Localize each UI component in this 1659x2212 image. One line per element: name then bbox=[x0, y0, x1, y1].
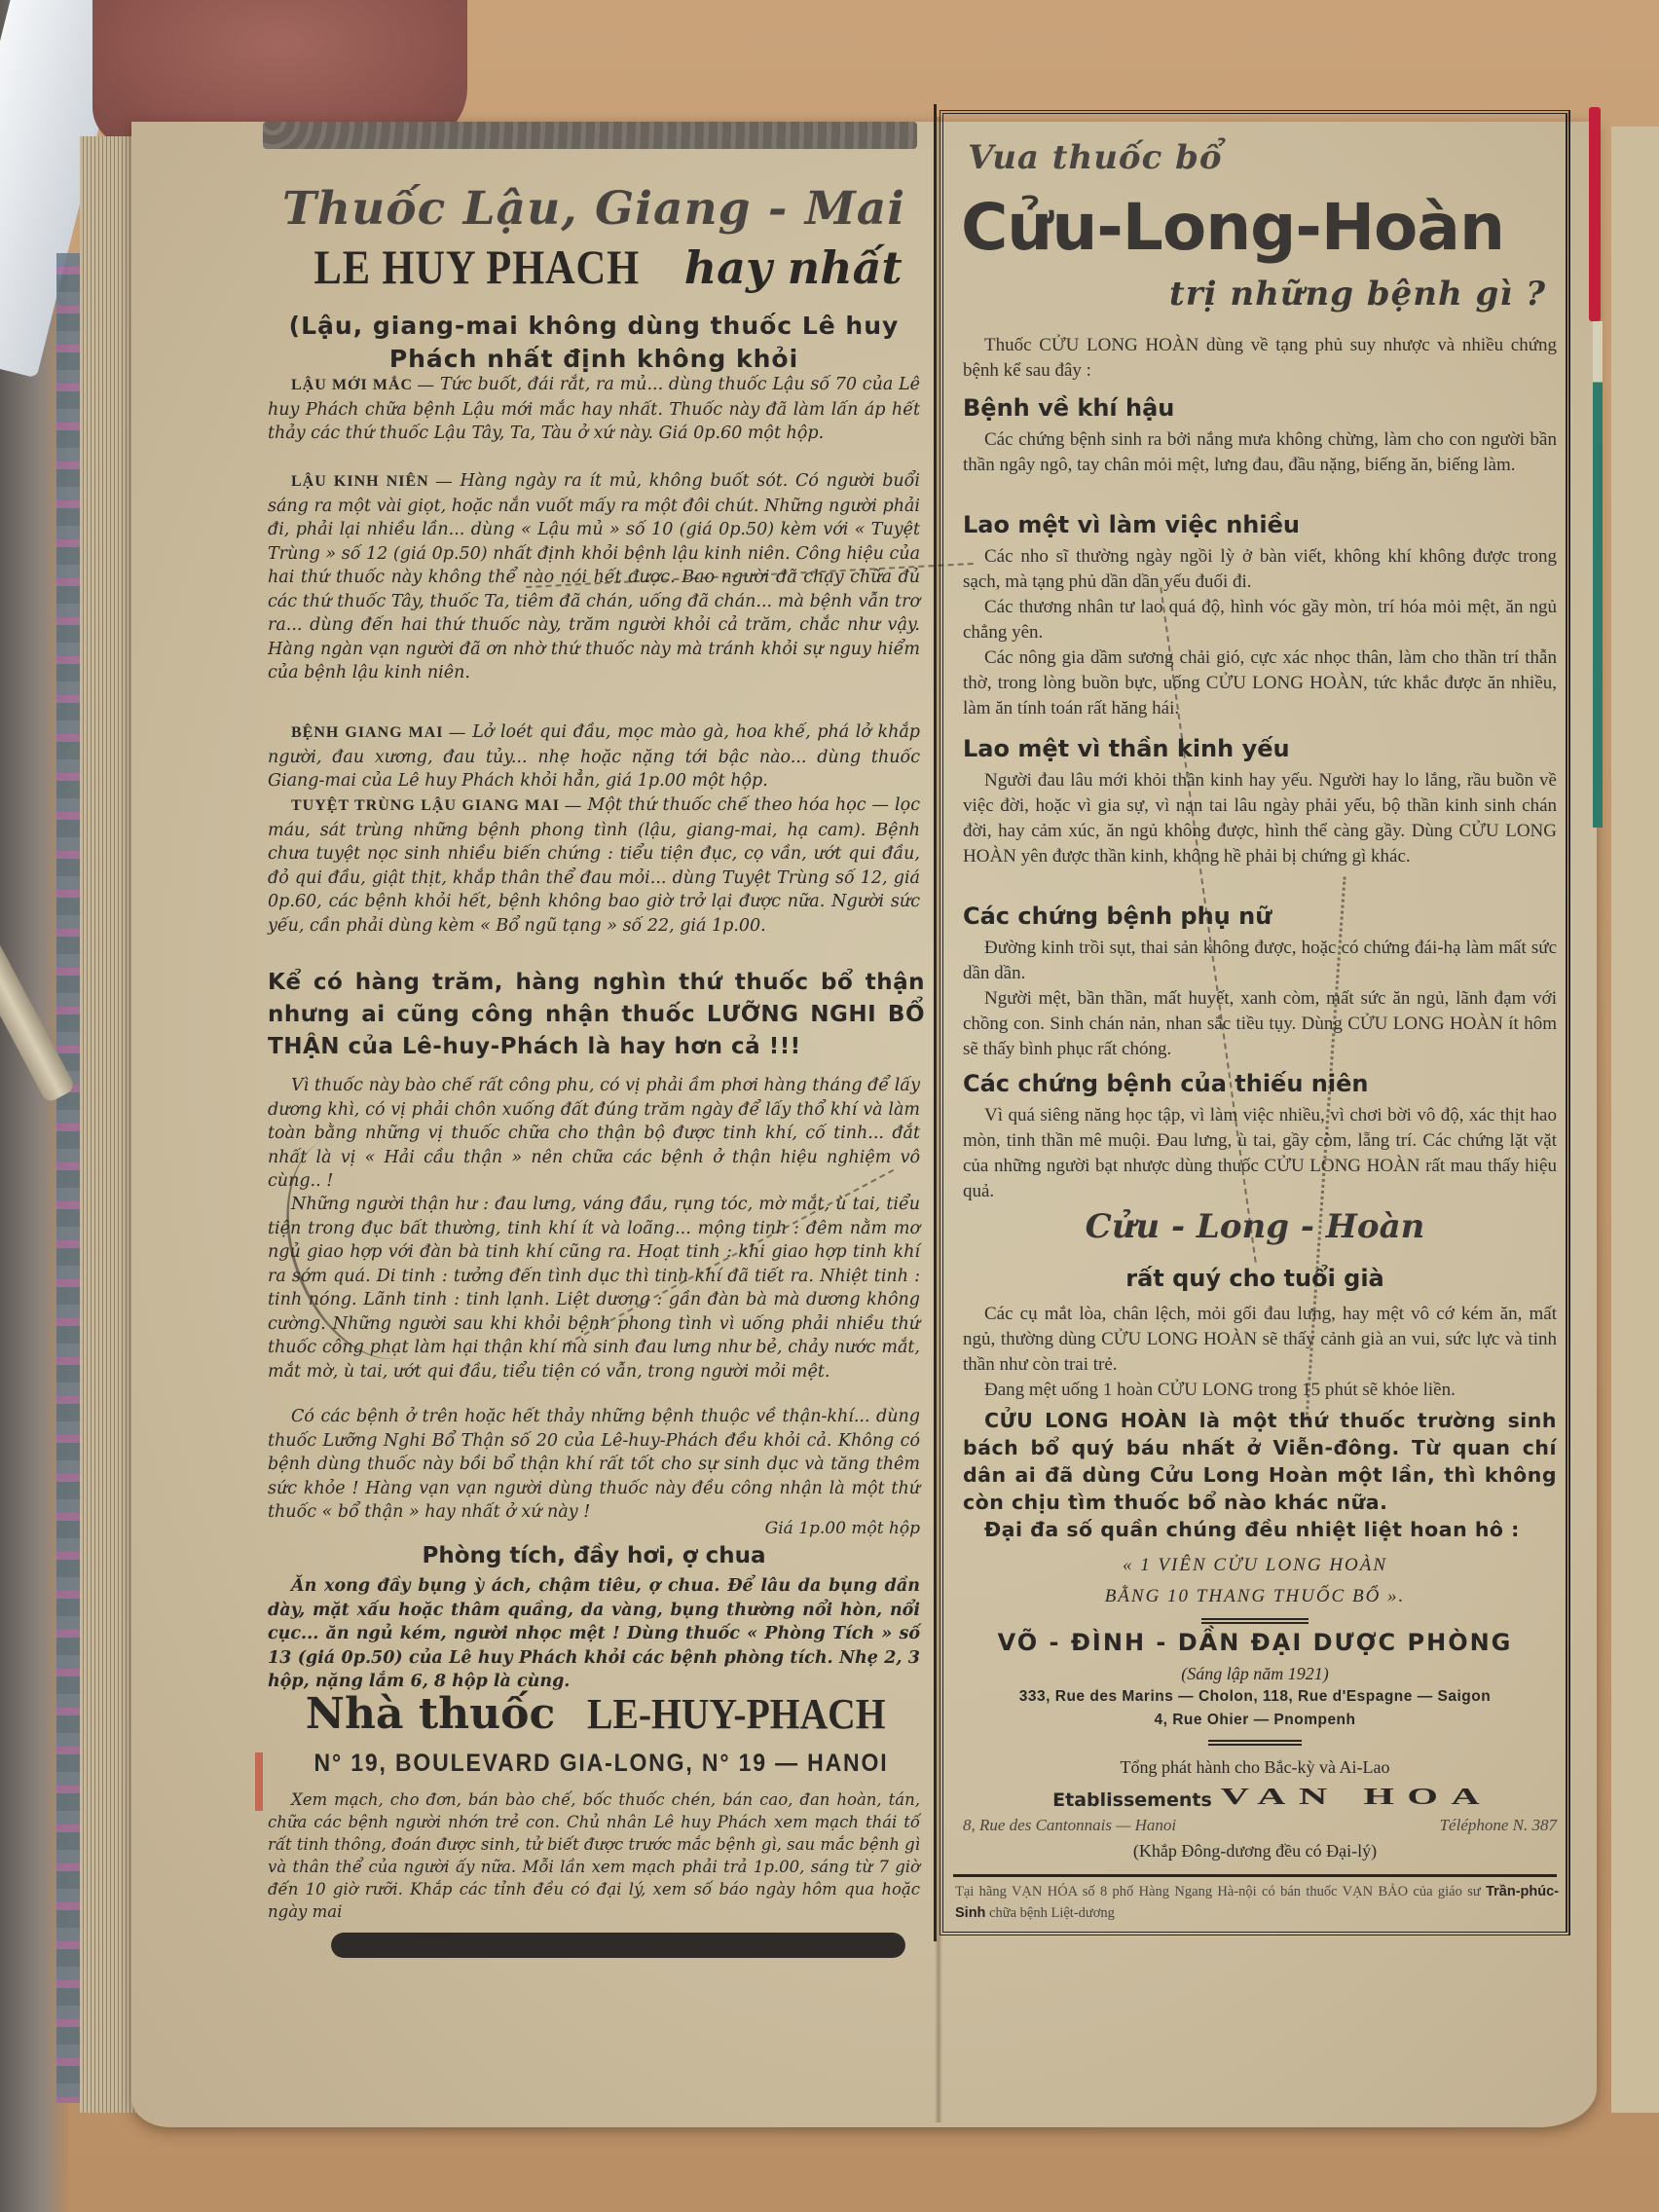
bookmark-ribbon-red bbox=[1589, 107, 1601, 321]
establishment-prefix: Etablissements bbox=[1052, 1789, 1212, 1811]
paragraph-usage: Có các bệnh ở trên hoặc hết thảy những b… bbox=[268, 1405, 920, 1525]
telephone: Téléphone N. 387 bbox=[1440, 1816, 1557, 1835]
section2-text: Ăn xong đầy bụng ỳ ách, chậm tiêu, ợ chu… bbox=[268, 1574, 920, 1694]
shop-address: N° 19, BOULEVARD GIA-LONG, N° 19 — HANOI bbox=[304, 1750, 900, 1778]
le-huy-phach-advertisement: Thuốc Lậu, Giang - Mai LE HUY PHACH hay … bbox=[263, 122, 935, 1957]
ad-headline: Cửu-Long-Hoàn bbox=[961, 190, 1555, 265]
brand-tagline: hay nhất bbox=[684, 241, 903, 294]
agents-line: (Khắp Đông-dương đều có Đại-lý) bbox=[943, 1841, 1567, 1862]
shop-description: Xem mạch, cho đơn, bán bào chế, bốc thuố… bbox=[268, 1788, 920, 1923]
page-stack bbox=[80, 136, 138, 2113]
section-text: Các chứng bệnh sinh ra bởi nắng mưa khôn… bbox=[963, 427, 1557, 478]
ad-kicker: Vua thuốc bổ bbox=[968, 138, 1223, 177]
section-benh-giang-mai: BỆNH GIANG MAI — Lở loét qui đầu, mọc mà… bbox=[268, 720, 920, 793]
footer-text: Tại hãng VẠN HÓA số 8 phố Hàng Ngang Hà-… bbox=[955, 1884, 1481, 1899]
establishment-contact: 8, Rue des Cantonnais — Hanoi Téléphone … bbox=[963, 1816, 1557, 1835]
mid-headline: Cửu - Long - Hoàn bbox=[943, 1207, 1567, 1246]
section-lau-kinh-nien: LẬU KINH NIÊN — Hàng ngày ra ít mủ, khôn… bbox=[268, 469, 920, 685]
section-text: Một thứ thuốc chế theo hóa học — lọc máu… bbox=[268, 795, 920, 936]
ad-subtitle: (Lậu, giang-mai không dùng thuốc Lê huy … bbox=[268, 310, 920, 376]
elder-text: Các cụ mắt lòa, chân lệch, mỏi gối đau l… bbox=[963, 1302, 1557, 1378]
intro-text: Thuốc CỬU LONG HOÀN dùng về tạng phủ suy… bbox=[963, 333, 1557, 384]
shop-name: Nhà thuốc LE-HUY-PHACH bbox=[282, 1689, 925, 1739]
establishment: Etablissements VAN HOA bbox=[943, 1781, 1567, 1814]
address-line-1: 333, Rue des Marins — Cholon, 118, Rue d… bbox=[943, 1688, 1567, 1706]
section-heading-khi-hau: Bệnh về khí hậu bbox=[963, 394, 1557, 422]
page-gutter bbox=[935, 117, 942, 2122]
acclaim-line: Đại đa số quần chúng đều nhiệt liệt hoan… bbox=[963, 1516, 1557, 1543]
establishment-address: 8, Rue des Cantonnais — Hanoi bbox=[963, 1816, 1176, 1835]
section2-heading: Phòng tích, đầy hơi, ợ chua bbox=[268, 1543, 920, 1568]
slogan-line-2: BẰNG 10 THANG THUỐC BỔ ». bbox=[943, 1581, 1567, 1612]
section-heading: BỆNH GIANG MAI — bbox=[291, 724, 466, 741]
section-lau-moi-mac: LẬU MỚI MẮC — Tức buốt, đái rắt, ra mủ..… bbox=[268, 373, 920, 446]
pharmacy-name: VÕ - ĐÌNH - DẦN ĐẠI DƯỢC PHÒNG bbox=[943, 1629, 1567, 1656]
section-text: Đường kinh trồi sụt, thai sản không được… bbox=[963, 936, 1557, 986]
ad-subtitle: trị những bệnh gì ? bbox=[1169, 275, 1546, 313]
section-tuyet-trung: TUYỆT TRÙNG LẬU GIANG MAI — Một thứ thuố… bbox=[268, 793, 920, 938]
section-heading-phu-nu: Các chứng bệnh phụ nữ bbox=[963, 903, 1557, 930]
address-line-2: 4, Rue Ohier — Pnompenh bbox=[943, 1712, 1567, 1729]
founded-year: (Sáng lập năm 1921) bbox=[943, 1664, 1567, 1684]
section-heading-than-kinh: Lao mệt vì thần kinh yếu bbox=[963, 735, 1557, 762]
slogan-line-1: « 1 VIÊN CỬU LONG HOÀN bbox=[943, 1550, 1567, 1581]
section-heading: TUYỆT TRÙNG LẬU GIANG MAI — bbox=[291, 797, 581, 814]
shop-prefix: Nhà thuốc bbox=[306, 1689, 555, 1739]
section-text: Các thương nhân tư lao quá độ, hình vóc … bbox=[963, 595, 1557, 645]
elder-text: Đang mệt uống 1 hoàn CỬU LONG trong 15 p… bbox=[963, 1378, 1557, 1403]
footer-notice: Tại hãng VẠN HÓA số 8 phố Hàng Ngang Hà-… bbox=[955, 1881, 1559, 1924]
section-heading: LẬU MỚI MẮC — bbox=[291, 377, 434, 393]
section-heading-thieu-nien: Các chứng bệnh của thiếu niên bbox=[963, 1070, 1557, 1097]
mid-subheadline: rất quý cho tuổi già bbox=[943, 1265, 1567, 1292]
section-text: Người mệt, bần thần, mất huyết, xanh còm… bbox=[963, 986, 1557, 1062]
establishment-name: VAN HOA bbox=[1221, 1784, 1493, 1810]
ornamental-border-top bbox=[263, 122, 917, 149]
brand-name: LE HUY PHACH bbox=[314, 239, 640, 295]
distributor-line: Tổng phát hành cho Bắc-kỳ và Ai-Lao bbox=[943, 1757, 1567, 1778]
footer-tail: chữa bệnh Liệt-dương bbox=[989, 1905, 1115, 1921]
next-page-edge bbox=[1611, 127, 1659, 2113]
cuu-long-hoan-claim: CỬU LONG HOÀN là một thứ thuốc trường si… bbox=[963, 1407, 1557, 1516]
bookmark-ribbon-green bbox=[1593, 321, 1603, 828]
section-text: Các nông gia dầm sương chải gió, cực xác… bbox=[963, 645, 1557, 721]
cuu-long-hoan-advertisement: Vua thuốc bổ Cửu-Long-Hoàn trị những bện… bbox=[940, 110, 1570, 1935]
section-text: Hàng ngày ra ít mủ, không buốt sót. Có n… bbox=[268, 471, 920, 682]
ad-headline: Thuốc Lậu, Giang - Mai bbox=[273, 182, 915, 236]
section-text: Người đau lâu mới khỏi thần kinh hay yếu… bbox=[963, 768, 1557, 869]
price-line: Giá 1p.00 một hộp bbox=[268, 1519, 920, 1538]
section-text: Các nho sĩ thường ngày ngồi lỳ ở bàn viế… bbox=[963, 544, 1557, 595]
divider bbox=[1201, 1618, 1309, 1624]
footer-rule bbox=[953, 1874, 1557, 1877]
shop-brand: LE-HUY-PHACH bbox=[587, 1689, 886, 1739]
ornamental-border-bottom bbox=[331, 1933, 905, 1958]
luong-nghi-bo-than-claim: Kể có hàng trăm, hàng nghìn thứ thuốc bổ… bbox=[268, 967, 925, 1063]
section-heading: LẬU KINH NIÊN — bbox=[291, 473, 453, 490]
section-heading-lam-viec: Lao mệt vì làm việc nhiều bbox=[963, 511, 1557, 538]
divider bbox=[1208, 1740, 1302, 1746]
ad-headline-brand: LE HUY PHACH hay nhất bbox=[273, 239, 915, 295]
section-text: Vì quá siêng năng học tập, vì làm việc n… bbox=[963, 1103, 1557, 1204]
red-stain bbox=[255, 1752, 263, 1811]
